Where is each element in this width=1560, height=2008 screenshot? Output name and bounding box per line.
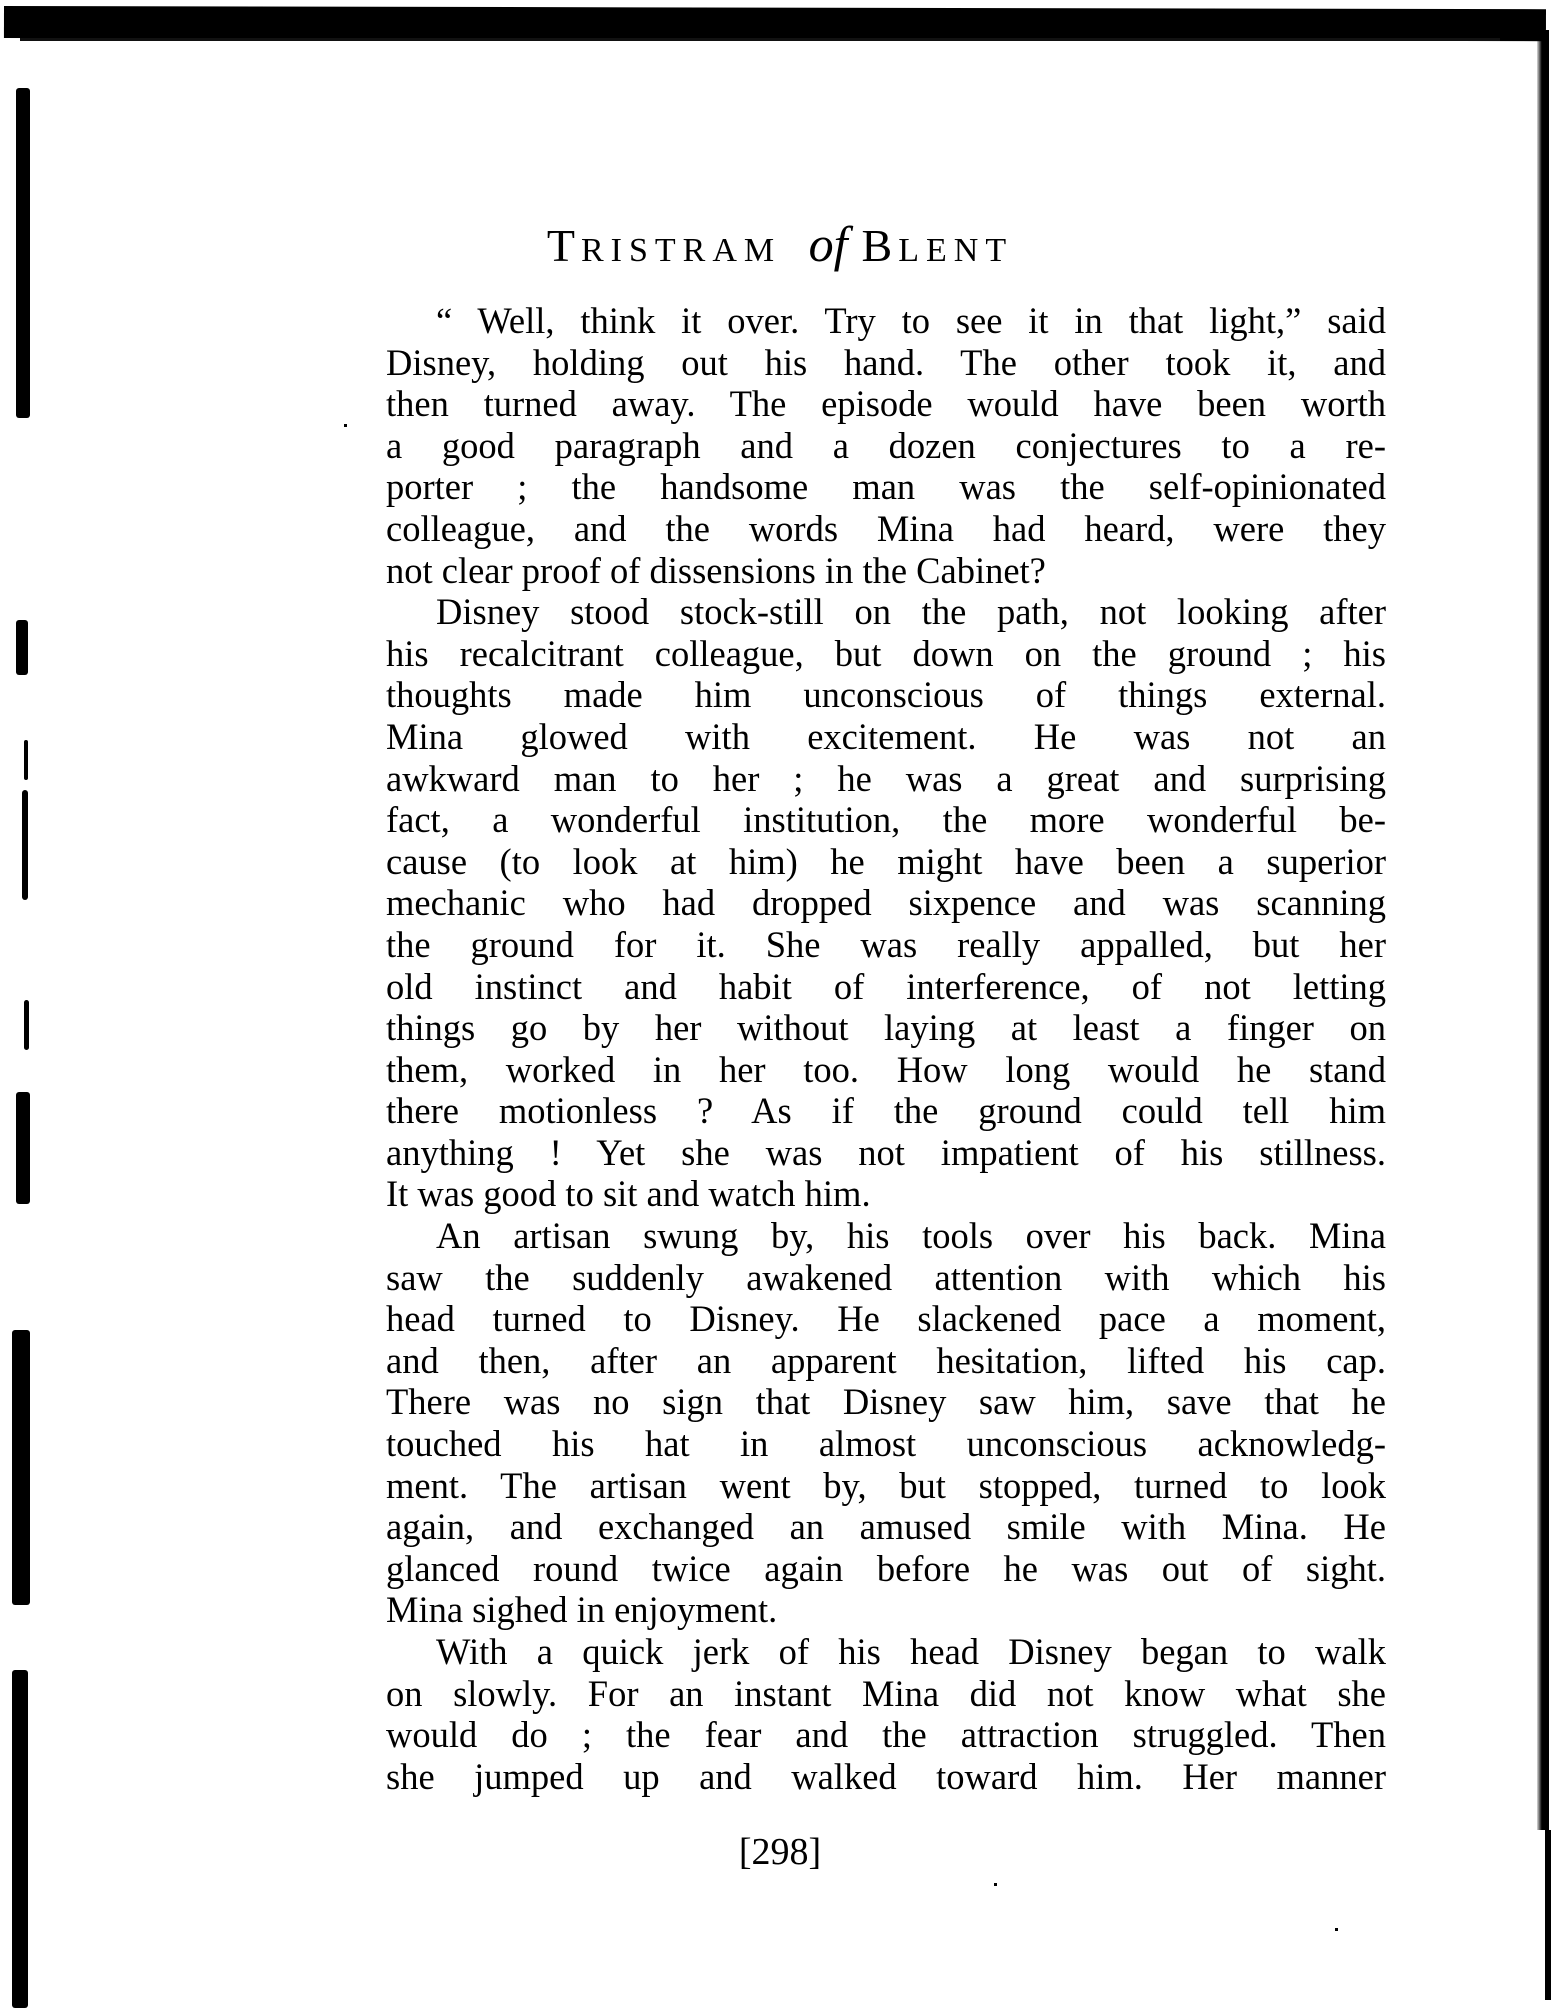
text-line: thoughts made him unconscious of things … <box>386 674 1386 716</box>
text-line: his recalcitrant colleague, but down on … <box>386 633 1386 675</box>
text-line: mechanic who had dropped sixpence and wa… <box>386 882 1386 924</box>
text-line: cause (to look at him) he might have bee… <box>386 841 1386 883</box>
text-line: she jumped up and walked toward him. Her… <box>386 1756 1386 1798</box>
text-line: touched his hat in almost unconscious ac… <box>386 1423 1386 1465</box>
scan-speck <box>344 424 347 427</box>
running-header: TRISTRAM ofBLENT <box>0 215 1560 273</box>
page-number: [298] <box>0 1830 1560 1874</box>
scan-border-top <box>4 6 1546 41</box>
header-initial-b: B <box>862 220 899 271</box>
scan-border-left-7 <box>12 1330 30 1605</box>
header-word-blent: LENT <box>898 232 1013 269</box>
header-connector-of: of <box>809 216 848 272</box>
text-line: ment. The artisan went by, but stopped, … <box>386 1465 1386 1507</box>
header-initial-t: T <box>547 220 581 271</box>
text-line: on slowly. For an instant Mina did not k… <box>386 1673 1386 1715</box>
text-line: head turned to Disney. He slackened pace… <box>386 1298 1386 1340</box>
text-line: It was good to sit and watch him. <box>386 1173 1386 1215</box>
text-line: old instinct and habit of interference, … <box>386 966 1386 1008</box>
text-line: glanced round twice again before he was … <box>386 1548 1386 1590</box>
scan-border-right <box>1537 30 1549 1830</box>
text-line: then turned away. The episode would have… <box>386 383 1386 425</box>
text-line: things go by her without laying at least… <box>386 1007 1386 1049</box>
scan-speck <box>1335 1928 1338 1931</box>
text-line: awkward man to her ; he was a great and … <box>386 758 1386 800</box>
scan-border-left-2 <box>16 620 28 675</box>
scan-border-left-3 <box>24 740 28 780</box>
text-line: there motionless ? As if the ground coul… <box>386 1090 1386 1132</box>
text-line: fact, a wonderful institution, the more … <box>386 799 1386 841</box>
text-line: saw the suddenly awakened attention with… <box>386 1257 1386 1299</box>
text-line: not clear proof of dissensions in the Ca… <box>386 550 1386 592</box>
text-line: Disney, holding out his hand. The other … <box>386 342 1386 384</box>
text-line: the ground for it. She was really appall… <box>386 924 1386 966</box>
scan-border-left-5 <box>24 1000 29 1050</box>
text-line: them, worked in her too. How long would … <box>386 1049 1386 1091</box>
text-line: would do ; the fear and the attraction s… <box>386 1714 1386 1756</box>
text-line: “ Well, think it over. Try to see it in … <box>386 300 1386 342</box>
text-line: Mina sighed in enjoyment. <box>386 1589 1386 1631</box>
header-word-tristram: RISTRAM <box>581 232 781 269</box>
scan-border-left-6 <box>16 1092 30 1204</box>
text-line: anything ! Yet she was not impatient of … <box>386 1132 1386 1174</box>
scan-speck <box>994 1883 997 1886</box>
body-text: “ Well, think it over. Try to see it in … <box>386 300 1386 1797</box>
scan-border-top-edge <box>20 38 1500 41</box>
text-line: again, and exchanged an amused smile wit… <box>386 1506 1386 1548</box>
text-line: Mina glowed with excitement. He was not … <box>386 716 1386 758</box>
text-line: Disney stood stock-still on the path, no… <box>386 591 1386 633</box>
text-line: colleague, and the words Mina had heard,… <box>386 508 1386 550</box>
text-line: porter ; the handsome man was the self-o… <box>386 466 1386 508</box>
text-line: a good paragraph and a dozen conjectures… <box>386 425 1386 467</box>
text-line: An artisan swung by, his tools over his … <box>386 1215 1386 1257</box>
text-line: With a quick jerk of his head Disney beg… <box>386 1631 1386 1673</box>
text-line: and then, after an apparent hesitation, … <box>386 1340 1386 1382</box>
text-line: There was no sign that Disney saw him, s… <box>386 1381 1386 1423</box>
scan-border-left-4 <box>22 790 28 900</box>
